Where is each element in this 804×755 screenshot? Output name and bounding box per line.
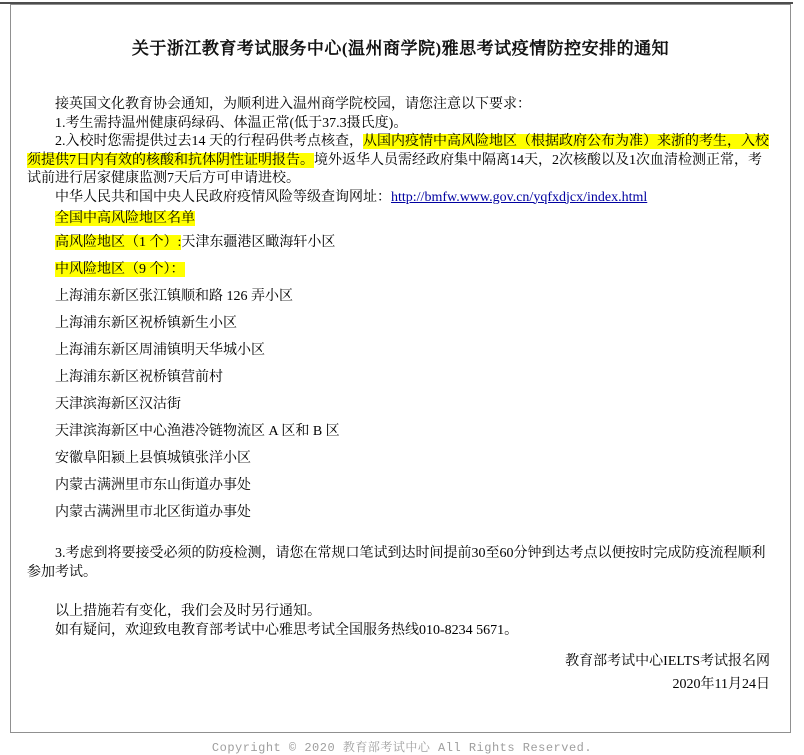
risk-list-title: 全国中高风险地区名单 <box>27 210 774 229</box>
change-notice: 以上措施若有变化，我们会及时另行通知。 <box>27 603 774 622</box>
notice-title: 关于浙江教育考试服务中心(温州商学院)雅思考试疫情防控安排的通知 <box>33 34 768 59</box>
hotline-notice: 如有疑问，欢迎致电教育部考试中心雅思考试全国服务热线010-8234 5671。 <box>27 622 774 641</box>
mid-risk-area-item: 上海浦东新区祝桥镇营前村 <box>27 369 774 388</box>
signature-date: 2020年11月24日 <box>27 673 770 696</box>
high-risk-label-highlight: 高风险地区（1 个）: <box>55 235 181 250</box>
intro-paragraph: 接英国文化教育协会通知，为顺利进入温州商学院校园，请您注意以下要求： <box>27 96 774 115</box>
signature-org: 教育部考试中心IELTS考试报名网 <box>27 650 770 673</box>
mid-risk-label-highlight: 中风险地区（9 个）： <box>55 262 185 277</box>
mid-risk-area-item: 内蒙古满洲里市东山街道办事处 <box>27 477 774 496</box>
gov-link-paragraph: 中华人民共和国中央人民政府疫情风险等级查询网址：http://bmfw.www.… <box>27 189 774 208</box>
mid-risk-area-item: 安徽阜阳颍上县慎城镇张洋小区 <box>27 450 774 469</box>
mid-risk-area-list: 上海浦东新区张江镇顺和路 126 弄小区上海浦东新区祝桥镇新生小区上海浦东新区周… <box>27 288 774 523</box>
requirement-3: 3.考虑到将要接受必须的防疫检测，请您在常规口笔试到达时间提前30至60分钟到达… <box>27 545 774 582</box>
notice-page: { "page": { "title": "关于浙江教育考试服务中心(温州商学院… <box>0 0 804 755</box>
mid-risk-area-item: 上海浦东新区周浦镇明天华城小区 <box>27 342 774 361</box>
copyright-footer: Copyright © 2020 教育部考试中心 All Rights Rese… <box>0 738 804 755</box>
notice-body: 接英国文化教育协会通知，为顺利进入温州商学院校园，请您注意以下要求： 1.考生需… <box>27 96 774 696</box>
mid-risk-line: 中风险地区（9 个）： <box>27 261 774 280</box>
requirement-2-text: 2.入校时您需提供过去14 天的行程码供考点核查， <box>55 134 363 149</box>
requirement-2: 2.入校时您需提供过去14 天的行程码供考点核查，从国内疫情中高风险地区（根据政… <box>27 133 774 189</box>
notice-document: 关于浙江教育考试服务中心(温州商学院)雅思考试疫情防控安排的通知 接英国文化教育… <box>10 4 791 733</box>
risk-list-title-highlight: 全国中高风险地区名单 <box>55 211 195 226</box>
gov-link-label: 中华人民共和国中央人民政府疫情风险等级查询网址： <box>55 190 391 205</box>
requirement-1: 1.考生需持温州健康码绿码、体温正常(低于37.3摄氏度)。 <box>27 115 774 134</box>
mid-risk-area-item: 天津滨海新区中心渔港冷链物流区 A 区和 B 区 <box>27 423 774 442</box>
mid-risk-area-item: 上海浦东新区张江镇顺和路 126 弄小区 <box>27 288 774 307</box>
risk-region-list: 全国中高风险地区名单 高风险地区（1 个）:天津东疆港区瞰海轩小区 中风险地区（… <box>27 210 774 522</box>
high-risk-area: 天津东疆港区瞰海轩小区 <box>181 235 335 250</box>
mid-risk-area-item: 内蒙古满洲里市北区街道办事处 <box>27 504 774 523</box>
signature-block: 教育部考试中心IELTS考试报名网 2020年11月24日 <box>27 650 774 696</box>
mid-risk-area-item: 天津滨海新区汉沽街 <box>27 396 774 415</box>
mid-risk-area-item: 上海浦东新区祝桥镇新生小区 <box>27 315 774 334</box>
high-risk-line: 高风险地区（1 个）:天津东疆港区瞰海轩小区 <box>27 234 774 253</box>
risk-level-query-link[interactable]: http://bmfw.www.gov.cn/yqfxdjcx/index.ht… <box>391 190 647 205</box>
